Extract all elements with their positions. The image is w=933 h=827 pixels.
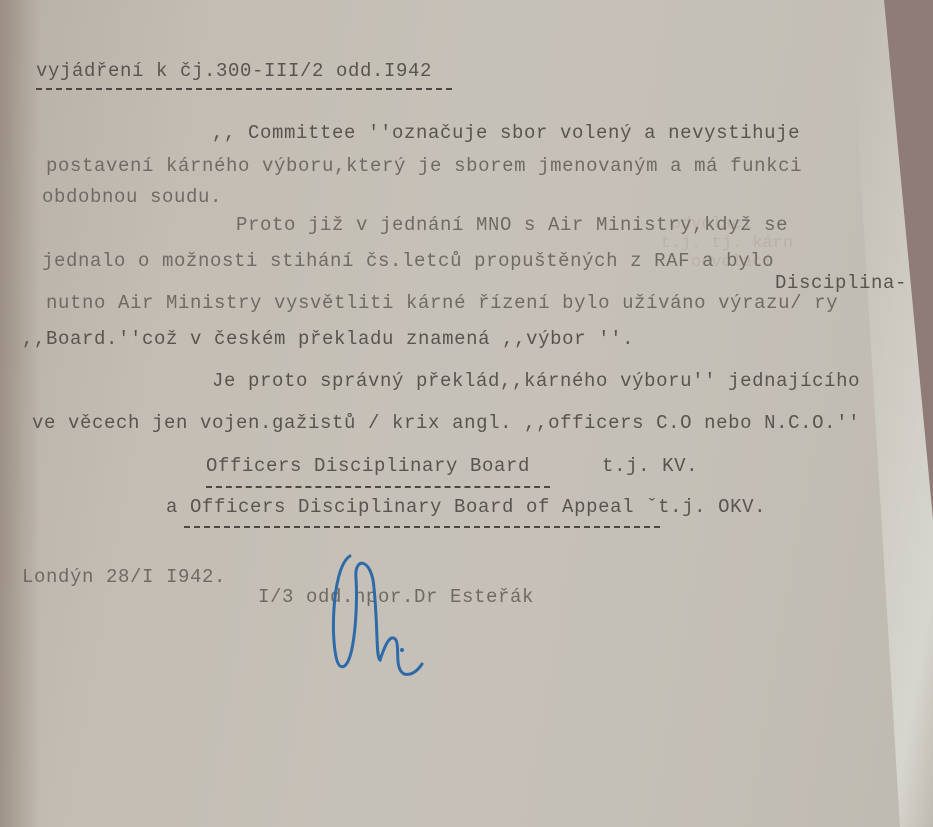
paragraph-line-1: ,, Committee ''označuje sbor volený a ne… — [212, 122, 800, 144]
paragraph-line-4: Proto již v jednání MNO s Air Ministry,k… — [236, 214, 788, 236]
heading-underline — [36, 88, 452, 90]
paragraph-line-9: ve věcech jen vojen.gažistů / krix angl.… — [32, 412, 860, 434]
term-kv-underline — [206, 486, 550, 488]
paragraph-line-8: Je proto správný překlád,,kárného výboru… — [212, 370, 860, 392]
paragraph-line-3: obdobnou soudu. — [42, 186, 222, 208]
place-date: Londýn 28/I I942. — [22, 566, 226, 588]
margin-insertion: Disciplina- — [775, 272, 907, 294]
term-kv: Officers Disciplinary Board t.j. KV. — [206, 455, 698, 477]
paragraph-line-2: postavení kárného výboru,který je sborem… — [46, 155, 802, 177]
document-heading: vyjádření k čj.300-III/2 odd.I942 — [36, 60, 432, 82]
paragraph-line-6: nutno Air Ministry vysvětliti kárné říze… — [46, 292, 838, 314]
handwritten-signature — [320, 548, 440, 693]
paragraph-line-7: ,,Board.''což v českém překladu znamená … — [22, 328, 634, 350]
paragraph-line-5: jednalo o možnosti stihání čs.letců prop… — [42, 250, 774, 272]
term-okv: a Officers Disciplinary Board of Appeal … — [166, 496, 766, 518]
term-okv-underline — [184, 526, 660, 528]
